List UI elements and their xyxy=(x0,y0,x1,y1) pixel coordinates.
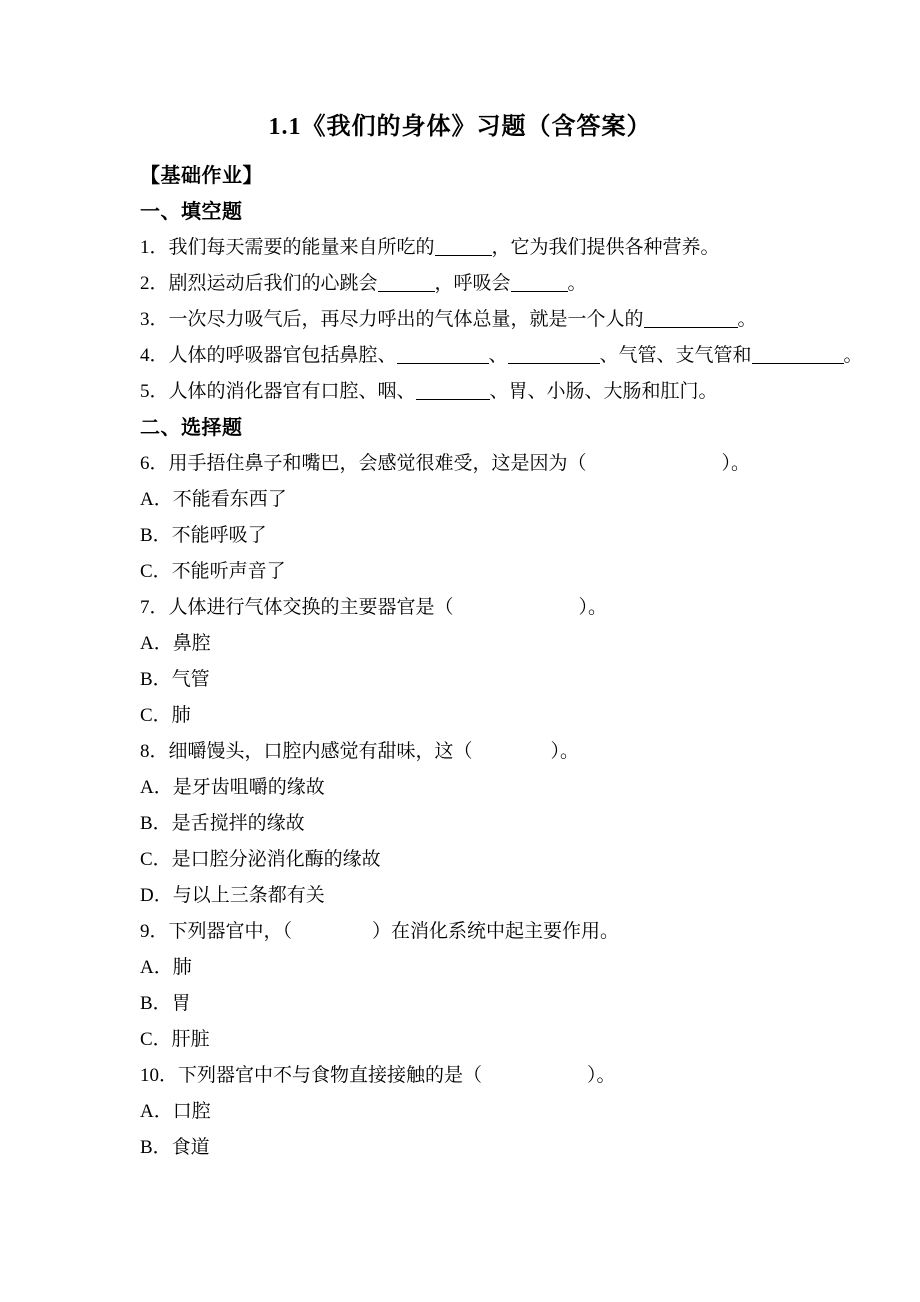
text-run: 。 xyxy=(844,345,863,366)
option-line: A．鼻腔 xyxy=(140,626,880,662)
answer-blank xyxy=(644,326,738,328)
text-run: C．是口腔分泌消化酶的缘故 xyxy=(140,849,381,870)
question-line: 9．下列器官中，（）在消化系统中起主要作用。 xyxy=(140,914,880,950)
option-line: C．不能听声音了 xyxy=(140,554,880,590)
text-run: 8．细嚼馒头，口腔内感觉有甜味，这（ xyxy=(140,741,473,762)
text-run: ）。 xyxy=(551,741,580,762)
text-run: ）。 xyxy=(587,1065,616,1086)
question-line: 7．人体进行气体交换的主要器官是（）。 xyxy=(140,590,880,626)
text-run: A．是牙齿咀嚼的缘故 xyxy=(140,777,325,798)
text-run: A．不能看东西了 xyxy=(140,489,287,510)
text-run: 5．人体的消化器官有口腔、咽、 xyxy=(140,381,416,402)
text-run: 6．用手捂住鼻子和嘴巴，会感觉很难受，这是因为（ xyxy=(140,453,587,474)
option-line: D．与以上三条都有关 xyxy=(140,878,880,914)
text-run: A．肺 xyxy=(140,957,192,978)
paren-answer-gap xyxy=(454,612,579,613)
option-line: B．胃 xyxy=(140,986,880,1022)
option-line: C．肺 xyxy=(140,698,880,734)
paren-answer-gap xyxy=(292,936,372,937)
text-run: B．食道 xyxy=(140,1137,210,1158)
text-run: 、气管、支气管和 xyxy=(600,345,752,366)
text-run: A．鼻腔 xyxy=(140,633,211,654)
document-body: 【基础作业】一、填空题1．我们每天需要的能量来自所吃的，它为我们提供各种营养。2… xyxy=(0,158,920,1166)
text-run: 7．人体进行气体交换的主要器官是（ xyxy=(140,597,454,618)
text-run: B．胃 xyxy=(140,993,191,1014)
question-line: 5．人体的消化器官有口腔、咽、、胃、小肠、大肠和肛门。 xyxy=(140,374,880,410)
text-run: A．口腔 xyxy=(140,1101,211,1122)
paren-answer-gap xyxy=(587,468,722,469)
text-run: 二、选择题 xyxy=(140,417,243,439)
text-run: C．肝脏 xyxy=(140,1029,210,1050)
text-run: 2．剧烈运动后我们的心跳会 xyxy=(140,273,378,294)
option-line: A．肺 xyxy=(140,950,880,986)
section-heading: 【基础作业】 xyxy=(140,158,880,194)
text-run: 、胃、小肠、大肠和肛门。 xyxy=(490,381,718,402)
text-run: 、 xyxy=(489,345,508,366)
text-run: ，它为我们提供各种营养。 xyxy=(492,237,720,258)
text-run: 一、填空题 xyxy=(140,201,243,223)
paren-answer-gap xyxy=(482,1080,587,1081)
text-run: 3．一次尽力吸气后，再尽力呼出的气体总量，就是一个人的 xyxy=(140,309,644,330)
text-run: 。 xyxy=(568,273,587,294)
text-run: 。 xyxy=(738,309,757,330)
text-run: C．不能听声音了 xyxy=(140,561,286,582)
text-run: B．气管 xyxy=(140,669,210,690)
answer-blank xyxy=(378,290,435,292)
question-line: 10．下列器官中不与食物直接接触的是（）。 xyxy=(140,1058,880,1094)
answer-blank xyxy=(752,362,844,364)
option-line: A．不能看东西了 xyxy=(140,482,880,518)
text-run: D．与以上三条都有关 xyxy=(140,885,325,906)
text-run: 【基础作业】 xyxy=(140,165,263,187)
option-line: B．不能呼吸了 xyxy=(140,518,880,554)
answer-blank xyxy=(508,362,600,364)
text-run: B．不能呼吸了 xyxy=(140,525,267,546)
text-run: 9．下列器官中，（ xyxy=(140,921,292,942)
answer-blank xyxy=(397,362,489,364)
option-line: B．是舌搅拌的缘故 xyxy=(140,806,880,842)
option-line: A．是牙齿咀嚼的缘故 xyxy=(140,770,880,806)
option-line: B．气管 xyxy=(140,662,880,698)
text-run: 4．人体的呼吸器官包括鼻腔、 xyxy=(140,345,397,366)
option-line: C．是口腔分泌消化酶的缘故 xyxy=(140,842,880,878)
option-line: A．口腔 xyxy=(140,1094,880,1130)
option-line: B．食道 xyxy=(140,1130,880,1166)
question-line: 3．一次尽力吸气后，再尽力呼出的气体总量，就是一个人的。 xyxy=(140,302,880,338)
question-line: 1．我们每天需要的能量来自所吃的，它为我们提供各种营养。 xyxy=(140,230,880,266)
text-run: B．是舌搅拌的缘故 xyxy=(140,813,305,834)
text-run: ）。 xyxy=(579,597,608,618)
text-run: C．肺 xyxy=(140,705,191,726)
question-line: 2．剧烈运动后我们的心跳会，呼吸会。 xyxy=(140,266,880,302)
answer-blank xyxy=(416,398,490,400)
text-run: 1．我们每天需要的能量来自所吃的 xyxy=(140,237,435,258)
question-line: 4．人体的呼吸器官包括鼻腔、、、气管、支气管和。 xyxy=(140,338,880,374)
option-line: C．肝脏 xyxy=(140,1022,880,1058)
answer-blank xyxy=(435,254,492,256)
paren-answer-gap xyxy=(473,756,551,757)
question-line: 8．细嚼馒头，口腔内感觉有甜味，这（）。 xyxy=(140,734,880,770)
document-page: 1.1《我们的身体》习题（含答案） 【基础作业】一、填空题1．我们每天需要的能量… xyxy=(0,0,920,1302)
answer-blank xyxy=(511,290,568,292)
text-run: ）在消化系统中起主要作用。 xyxy=(372,921,619,942)
section-heading: 二、选择题 xyxy=(140,410,880,446)
text-run: ）。 xyxy=(722,453,751,474)
question-line: 6．用手捂住鼻子和嘴巴，会感觉很难受，这是因为（）。 xyxy=(140,446,880,482)
text-run: ，呼吸会 xyxy=(435,273,511,294)
section-heading: 一、填空题 xyxy=(140,194,880,230)
text-run: 10．下列器官中不与食物直接接触的是（ xyxy=(140,1065,482,1086)
document-title: 1.1《我们的身体》习题（含答案） xyxy=(0,0,920,144)
